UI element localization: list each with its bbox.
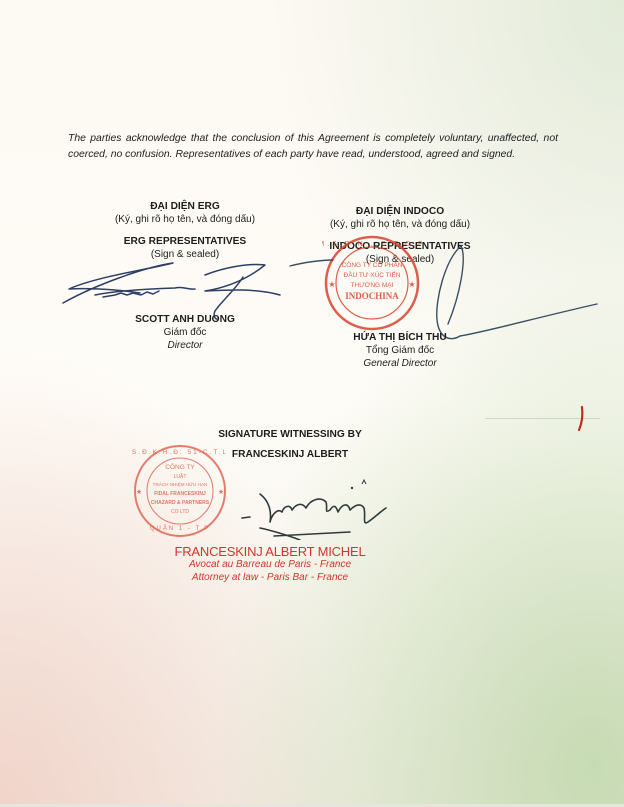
indoco-signer-name: HỨA THỊ BÍCH THU (300, 331, 500, 344)
witness-heading: SIGNATURE WITNESSING BY (190, 428, 390, 441)
svg-text:TRÁCH NHIỆM HỮU HẠN: TRÁCH NHIỆM HỮU HẠN (153, 480, 208, 487)
svg-text:★: ★ (218, 488, 224, 496)
erg-signer-name: SCOTT ANH DUONG (85, 313, 285, 326)
svg-text:CHAZARD & PARTNERS: CHAZARD & PARTNERS (151, 500, 210, 506)
svg-text:ĐẦU TƯ XÚC TIẾN: ĐẦU TƯ XÚC TIẾN (344, 269, 401, 279)
svg-text:★: ★ (328, 280, 335, 289)
erg-representative-block: ĐẠI DIỆN ERG (Ký, ghi rõ họ tên, và đóng… (85, 200, 285, 261)
svg-text:CÔNG TY: CÔNG TY (165, 462, 195, 471)
witness-signature (230, 478, 400, 540)
faint-line-mark (485, 418, 600, 419)
indoco-title-en: General Director (300, 357, 500, 370)
svg-text:FIDAL FRANCESKINJ: FIDAL FRANCESKINJ (154, 491, 206, 497)
witness-name-heading: FRANCESKINJ ALBERT (190, 448, 390, 461)
erg-signer-block: SCOTT ANH DUONG Giám đốc Director (85, 313, 285, 352)
erg-instruction-en: (Sign & sealed) (85, 248, 285, 261)
erg-title-en: Director (85, 339, 285, 352)
indoco-instruction-en: (Sign & sealed) (300, 253, 500, 266)
witness-heading-block: SIGNATURE WITNESSING BY FRANCESKINJ ALBE… (190, 428, 390, 461)
erg-heading-vi: ĐẠI DIỆN ERG (85, 200, 285, 213)
indoco-signer-block: HỨA THỊ BÍCH THU Tổng Giám đốc General D… (300, 331, 500, 370)
witness-credential-fr: Avocat au Barreau de Paris - France (160, 558, 380, 571)
witness-signer-block: FRANCESKINJ ALBERT MICHEL Avocat au Barr… (160, 545, 380, 584)
indoco-heading-vi: ĐẠI DIỆN INDOCO (300, 205, 500, 218)
svg-text:INDOCHINA: INDOCHINA (345, 291, 399, 301)
erg-instruction-vi: (Ký, ghi rõ họ tên, và đóng dấu) (85, 213, 285, 226)
erg-title-vi: Giám đốc (85, 326, 285, 339)
svg-text:QUẬN 1 - T.P: QUẬN 1 - T.P (150, 525, 210, 532)
indoco-representative-block: ĐẠI DIỆN INDOCO (Ký, ghi rõ họ tên, và đ… (300, 205, 500, 266)
agreement-statement: The parties acknowledge that the conclus… (68, 131, 558, 162)
red-pen-mark (575, 405, 587, 433)
witness-full-name: FRANCESKINJ ALBERT MICHEL (160, 545, 380, 558)
svg-text:★: ★ (408, 280, 415, 289)
indoco-heading-en: INDOCO REPRESENTATIVES (300, 240, 500, 253)
svg-text:CO LTD: CO LTD (171, 509, 189, 515)
witness-credential-en: Attorney at law - Paris Bar - France (160, 571, 380, 584)
indoco-instruction-vi: (Ký, ghi rõ họ tên, và đóng dấu) (300, 218, 500, 231)
erg-heading-en: ERG REPRESENTATIVES (85, 235, 285, 248)
indoco-title-vi: Tổng Giám đốc (300, 344, 500, 357)
svg-text:THƯƠNG MẠI: THƯƠNG MẠI (351, 282, 394, 289)
svg-text:★: ★ (136, 488, 142, 496)
svg-text:LUẬT: LUẬT (174, 473, 187, 480)
